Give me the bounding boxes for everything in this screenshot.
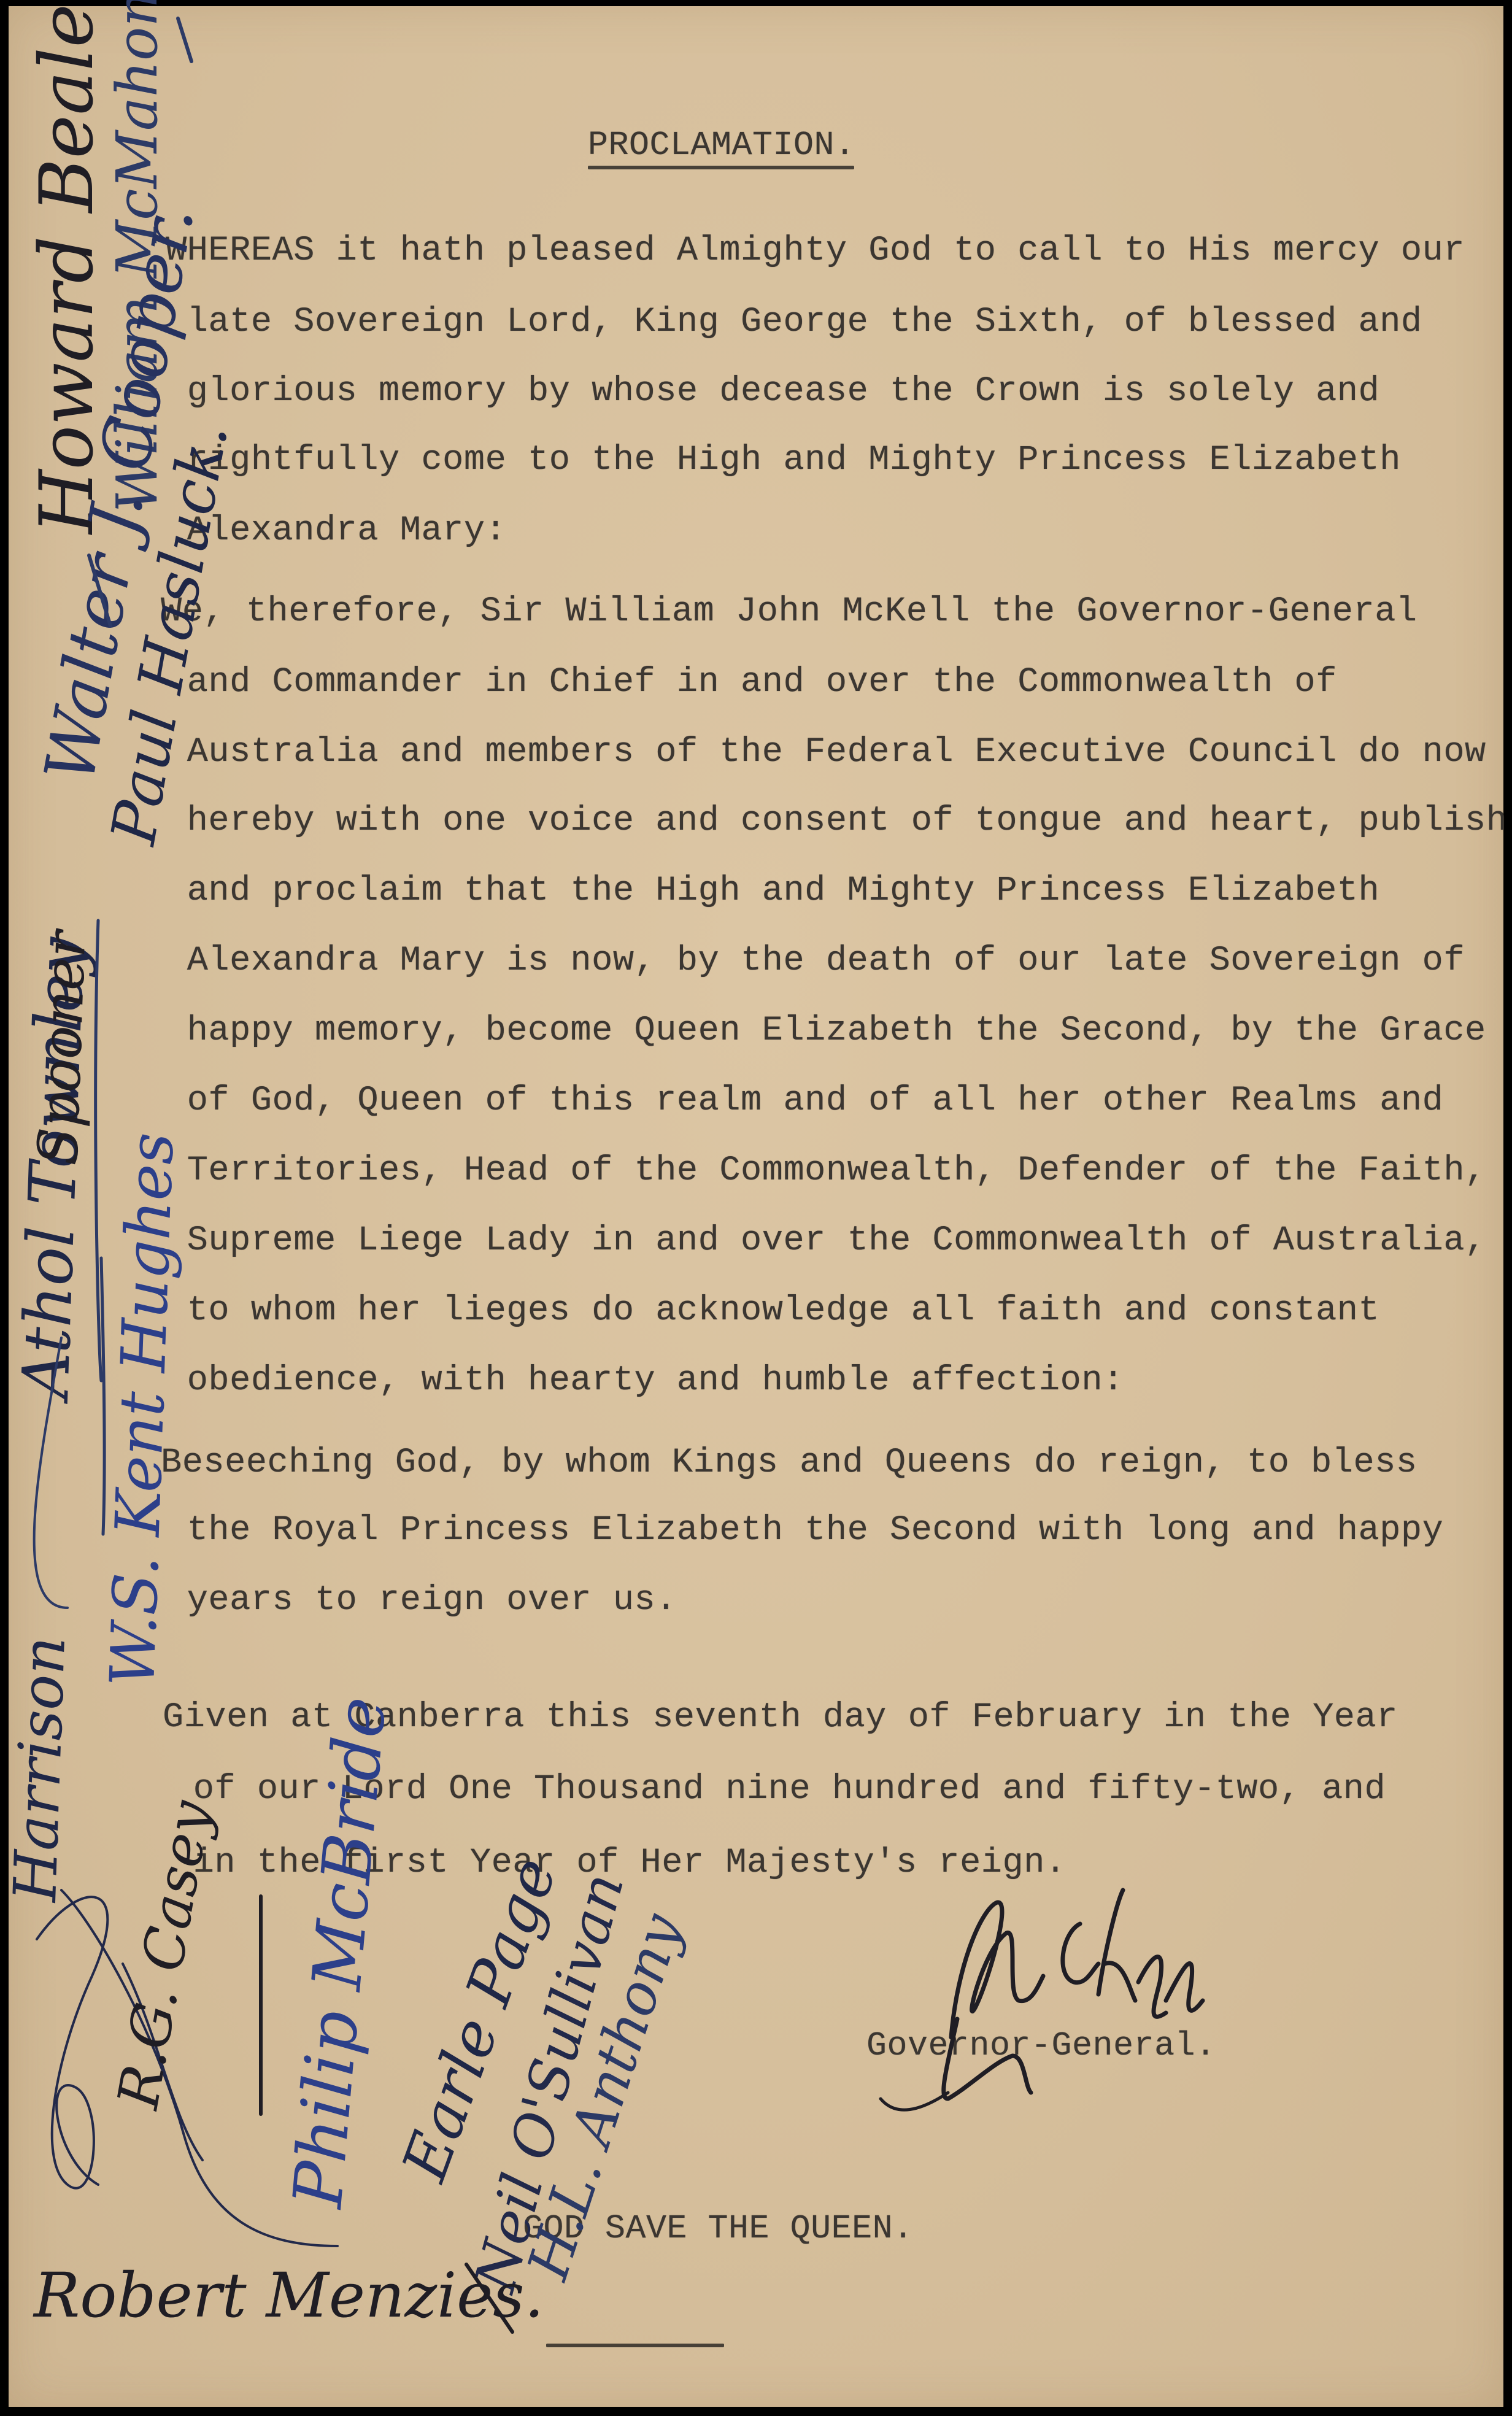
beseeching-line-2: the Royal Princess Elizabeth the Second … <box>166 1511 1443 1550</box>
whereas-line-4: rightfully come to the High and Mighty P… <box>166 441 1401 480</box>
closing-god-save-the-queen: GOD SAVE THE QUEEN. <box>523 2209 914 2248</box>
we-therefore-line-2: and Commander in Chief in and over the C… <box>166 663 1337 702</box>
closing-rule <box>546 2344 724 2347</box>
we-therefore-line-10: Supreme Liege Lady in and over the Commo… <box>166 1221 1486 1260</box>
we-therefore-line-9: Territories, Head of the Commonwealth, D… <box>166 1151 1486 1191</box>
we-therefore-line-11: to whom her lieges do acknowledge all fa… <box>166 1291 1379 1330</box>
whereas-line-3: glorious memory by whose decease the Cro… <box>166 372 1379 411</box>
whereas-line-1: WHEREAS it hath pleased Almighty God to … <box>166 231 1465 271</box>
given-at-line-1: Given at Canberra this seventh day of Fe… <box>163 1698 1398 1737</box>
we-therefore-line-8: of God, Queen of this realm and of all h… <box>166 1081 1443 1121</box>
we-therefore-line-6: Alexandra Mary is now, by the death of o… <box>166 941 1465 981</box>
we-therefore-line-12: obedience, with hearty and humble affect… <box>166 1361 1124 1400</box>
given-at-line-3: in the first Year of Her Majesty's reign… <box>172 1843 1066 1883</box>
page-title: PROCLAMATION. <box>588 126 855 164</box>
we-therefore-line-4: hereby with one voice and consent of ton… <box>166 801 1507 841</box>
whereas-line-2: late Sovereign Lord, King George the Six… <box>166 303 1422 342</box>
we-therefore-line-7: happy memory, become Queen Elizabeth the… <box>166 1011 1486 1051</box>
we-therefore-line-5: and proclaim that the High and Mighty Pr… <box>166 871 1379 911</box>
title-underline <box>588 166 854 169</box>
governor-general-label: Governor-General. <box>866 2026 1216 2065</box>
beseeching-line-1: Beseeching God, by whom Kings and Queens… <box>161 1443 1417 1483</box>
beseeching-line-3: years to reign over us. <box>166 1581 677 1620</box>
document-page <box>9 6 1503 2407</box>
whereas-line-5: Alexandra Mary: <box>166 511 506 550</box>
given-at-line-2: of our Lord One Thousand nine hundred an… <box>172 1770 1386 1809</box>
we-therefore-line-1: We, therefore, Sir William John McKell t… <box>161 592 1417 631</box>
we-therefore-line-3: Australia and members of the Federal Exe… <box>166 733 1486 772</box>
